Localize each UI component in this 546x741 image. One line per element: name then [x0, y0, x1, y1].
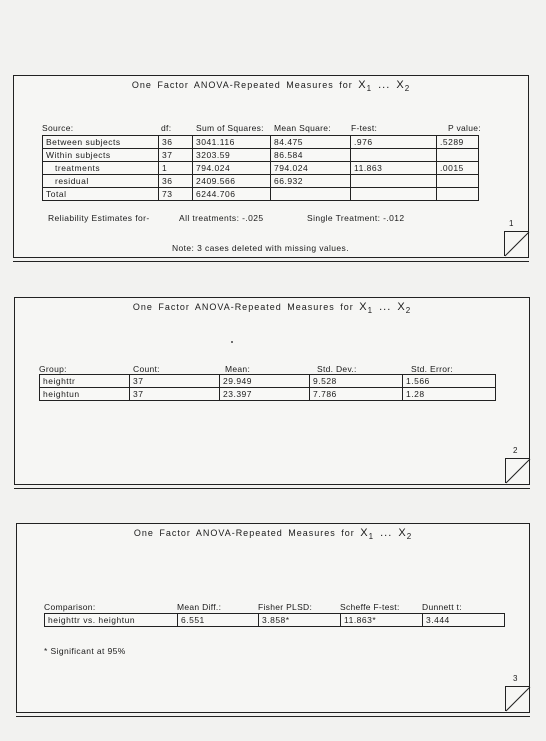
cell-mean: 29.949 — [220, 375, 310, 388]
cell-source: treatments — [43, 162, 159, 175]
cell-f — [351, 188, 437, 201]
cell-p — [437, 188, 479, 201]
header-f: F-test: — [351, 123, 377, 133]
cell-df: 73 — [159, 188, 193, 201]
anova-row: Within subjects373203.5986.584 — [43, 149, 479, 162]
cell-ms: 794.024 — [271, 162, 351, 175]
cell-p: .0015 — [437, 162, 479, 175]
header-p: P value: — [448, 123, 481, 133]
anova-table-panel: One Factor ANOVA-Repeated Measures for X… — [13, 75, 529, 258]
header-comparison: Comparison: — [44, 602, 96, 612]
page-curl-icon[interactable] — [505, 686, 530, 711]
header-dunnett: Dunnett t: — [422, 602, 462, 612]
cell-group: heighttr — [40, 375, 130, 388]
cell-ss: 6244.706 — [193, 188, 271, 201]
cell-mean: 23.397 — [220, 388, 310, 401]
group-stats-panel: One Factor ANOVA-Repeated Measures for X… — [14, 297, 530, 485]
cell-df: 36 — [159, 136, 193, 149]
stray-mark — [231, 341, 233, 343]
cell-f: 11.863 — [351, 162, 437, 175]
page-curl-icon[interactable] — [504, 231, 529, 256]
cell-ms: 66.932 — [271, 175, 351, 188]
cell-sd: 9.528 — [310, 375, 403, 388]
panel-title: One Factor ANOVA-Repeated Measures for X… — [14, 79, 528, 93]
cell-df: 1 — [159, 162, 193, 175]
cell-se: 1.28 — [403, 388, 496, 401]
page-curl-icon[interactable] — [505, 458, 530, 483]
cell-comparison: heighttr vs. heightun — [45, 614, 178, 627]
group-stats-table: heighttr3729.9499.5281.566heightun3723.3… — [39, 374, 496, 401]
cell-group: heightun — [40, 388, 130, 401]
panel-divider — [13, 257, 529, 262]
header-ss: Sum of Squares: — [196, 123, 264, 133]
cell-se: 1.566 — [403, 375, 496, 388]
cell-count: 37 — [130, 388, 220, 401]
anova-row: treatments1794.024794.02411.863.0015 — [43, 162, 479, 175]
page-number: 3 — [513, 674, 517, 683]
header-df: df: — [161, 123, 171, 133]
header-sd: Std. Dev.: — [317, 364, 357, 374]
comparison-row: heighttr vs. heightun6.5513.858*11.863*3… — [45, 614, 505, 627]
significance-footnote: * Significant at 95% — [44, 646, 126, 656]
anova-row: Total736244.706 — [43, 188, 479, 201]
panel-title: One Factor ANOVA-Repeated Measures for X… — [15, 301, 529, 315]
anova-row: residual362409.56666.932 — [43, 175, 479, 188]
header-mean-diff: Mean Diff.: — [177, 602, 221, 612]
header-se: Std. Error: — [411, 364, 453, 374]
cell-ss: 794.024 — [193, 162, 271, 175]
cell-f — [351, 149, 437, 162]
cell-mean_diff: 6.551 — [178, 614, 259, 627]
header-count: Count: — [133, 364, 160, 374]
page-number: 1 — [509, 219, 513, 228]
header-fisher: Fisher PLSD: — [258, 602, 312, 612]
reliability-label: Reliability Estimates for- — [48, 213, 150, 223]
header-scheffe: Scheffe F-test: — [340, 602, 400, 612]
cell-ss: 2409.566 — [193, 175, 271, 188]
cell-p — [437, 175, 479, 188]
cell-f: .976 — [351, 136, 437, 149]
cell-sd: 7.786 — [310, 388, 403, 401]
group-row: heighttr3729.9499.5281.566 — [40, 375, 496, 388]
anova-row: Between subjects363041.11684.475.976.528… — [43, 136, 479, 149]
cell-source: residual — [43, 175, 159, 188]
cell-p: .5289 — [437, 136, 479, 149]
cell-df: 37 — [159, 149, 193, 162]
cell-dunnett: 3.444 — [423, 614, 505, 627]
panel-divider — [14, 484, 530, 489]
page-number: 2 — [513, 446, 517, 455]
missing-values-note: Note: 3 cases deleted with missing value… — [172, 243, 349, 253]
anova-table: Between subjects363041.11684.475.976.528… — [42, 135, 479, 201]
cell-fisher: 3.858* — [259, 614, 341, 627]
cell-scheffe: 11.863* — [341, 614, 423, 627]
cell-ss: 3041.116 — [193, 136, 271, 149]
header-ms: Mean Square: — [274, 123, 331, 133]
cell-source: Between subjects — [43, 136, 159, 149]
cell-p — [437, 149, 479, 162]
header-mean: Mean: — [225, 364, 250, 374]
header-group: Group: — [39, 364, 67, 374]
cell-ms: 86.584 — [271, 149, 351, 162]
cell-ms — [271, 188, 351, 201]
cell-source: Within subjects — [43, 149, 159, 162]
comparison-table: heighttr vs. heightun6.5513.858*11.863*3… — [44, 613, 505, 627]
panel-title: One Factor ANOVA-Repeated Measures for X… — [17, 527, 529, 541]
cell-ss: 3203.59 — [193, 149, 271, 162]
cell-source: Total — [43, 188, 159, 201]
group-row: heightun3723.3977.7861.28 — [40, 388, 496, 401]
cell-df: 36 — [159, 175, 193, 188]
cell-count: 37 — [130, 375, 220, 388]
comparison-panel: One Factor ANOVA-Repeated Measures for X… — [16, 523, 530, 713]
panel-divider — [16, 712, 530, 717]
reliability-single-treatment: Single Treatment: -.012 — [307, 213, 405, 223]
header-source: Source: — [42, 123, 73, 133]
reliability-all-treatments: All treatments: -.025 — [179, 213, 263, 223]
cell-ms: 84.475 — [271, 136, 351, 149]
cell-f — [351, 175, 437, 188]
